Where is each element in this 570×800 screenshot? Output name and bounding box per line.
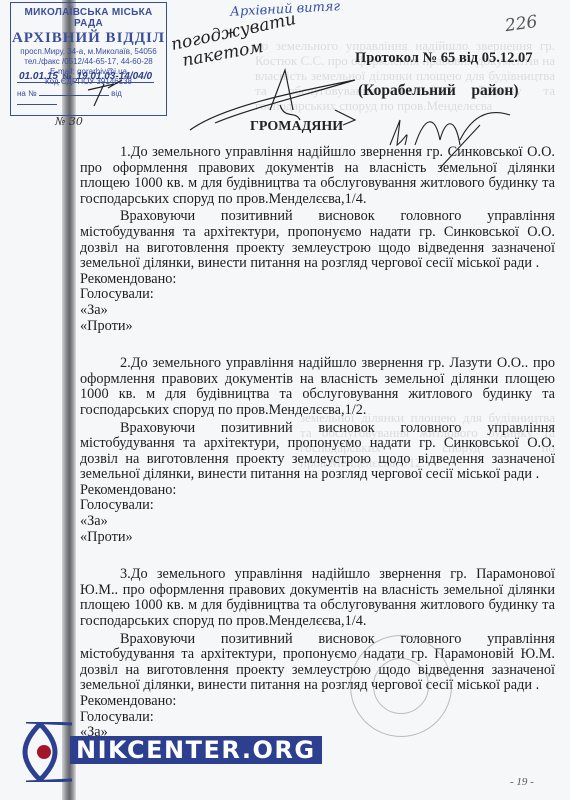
round-seal xyxy=(350,635,452,737)
page-number: - 19 - xyxy=(510,776,534,788)
initial-mark-icon xyxy=(84,70,124,110)
item-2-against: «Проти» xyxy=(80,530,555,546)
item-2-request: 2.До земельного управління надійшло звер… xyxy=(80,356,555,418)
district-title: (Корабельний район) xyxy=(358,82,519,100)
handwritten-margin-note: № 30 xyxy=(55,115,83,128)
handwritten-page-ref: 226 xyxy=(504,12,539,36)
item-2-voted: Голосували: xyxy=(80,498,555,514)
item-1-request: 1.До земельного управління надійшло звер… xyxy=(80,145,555,207)
stamp-ref-label: на № xyxy=(17,89,37,98)
item-3-request: 3.До земельного управління надійшло звер… xyxy=(80,567,555,629)
nikcenter-logo: NIKCENTER.ORG xyxy=(22,722,312,782)
item-3-recommended: Рекомендовано: xyxy=(80,694,555,710)
item-2-recommended: Рекомендовано: xyxy=(80,483,555,499)
scanned-document-page: до земельного управління надійшло зверне… xyxy=(0,0,570,800)
stamp-date: 01.01.15 xyxy=(17,71,60,83)
item-2-resolution: Враховуючи позитивний висновок головного… xyxy=(80,421,555,483)
protocol-body: 1.До земельного управління надійшло звер… xyxy=(80,145,555,756)
stamp-no-label: № xyxy=(63,72,72,81)
item-1-resolution: Враховуючи позитивний висновок головного… xyxy=(80,209,555,271)
item-2-for: «За» xyxy=(80,514,555,530)
stamp-department: АРХІВНИЙ ВІДДІЛ xyxy=(11,30,166,47)
item-1-recommended: Рекомендовано: xyxy=(80,272,555,288)
item-1-for: «За» xyxy=(80,303,555,319)
item-1-voted: Голосували: xyxy=(80,287,555,303)
stamp-address: просп.Миру, 34-а, м.Миколаїв, 54056 xyxy=(11,47,166,57)
item-1-against: «Проти» xyxy=(80,319,555,335)
protocol-title: Протокол № 65 від 05.12.07 xyxy=(355,50,532,67)
logo-text: NIKCENTER.ORG xyxy=(70,736,322,764)
section-title: ГРОМАДЯНИ xyxy=(250,119,343,135)
stamp-council: МИКОЛАЇВСЬКА МІСЬКА РАДА xyxy=(11,7,166,29)
item-3-resolution: Враховуючи позитивний висновок головного… xyxy=(80,632,555,694)
stamp-phone: тел./факс /0512/44-65-17, 44-60-28 xyxy=(11,57,166,67)
